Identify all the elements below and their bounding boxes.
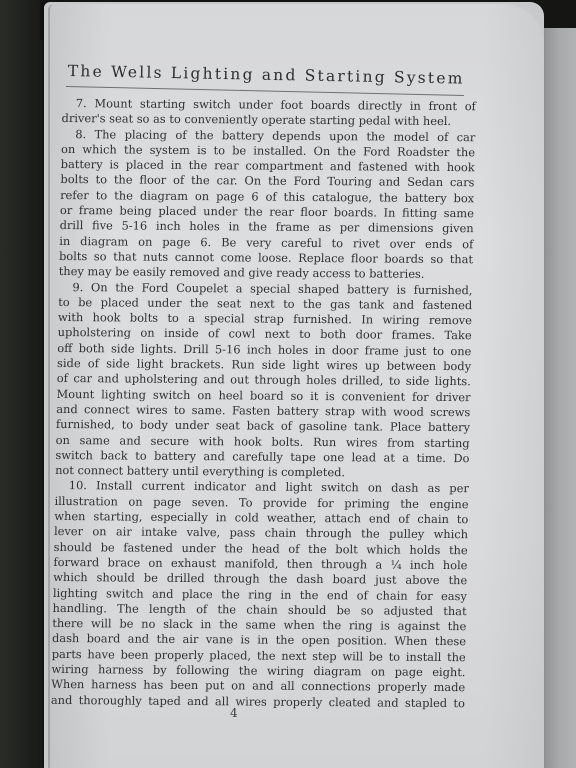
text-line: and thoroughly taped and all wires prope… <box>51 693 465 712</box>
background-left <box>0 0 40 768</box>
page-number: 4 <box>230 706 238 720</box>
body-text: 7. Mount starting switch under foot boar… <box>51 96 476 711</box>
facing-page-edge <box>540 28 576 768</box>
